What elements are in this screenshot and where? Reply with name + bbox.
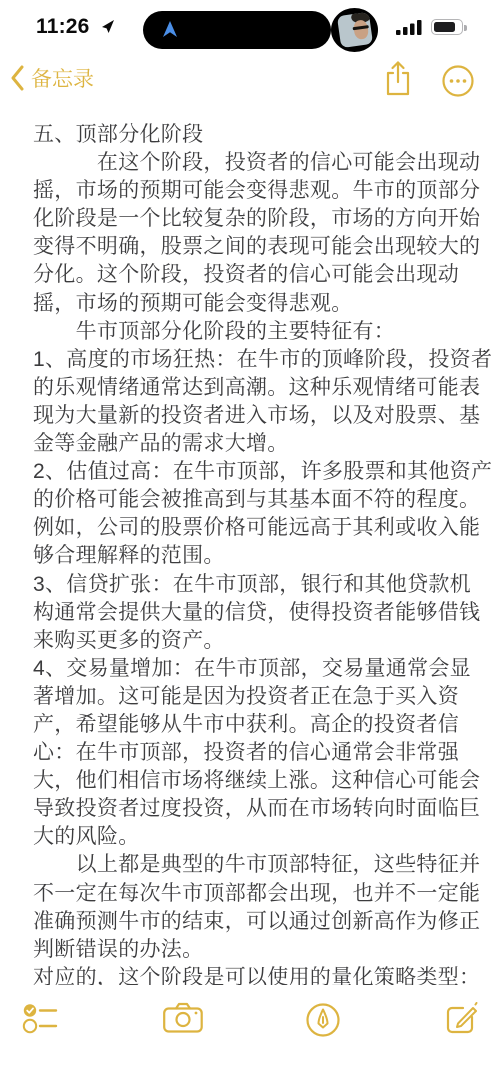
markup-pen-button[interactable] [305,1002,341,1038]
note-content-area[interactable]: 五、顶部分化阶段 在这个阶段，投资者的信心可能会出现动 摇，市场的预期可能会变得… [0,106,500,985]
chevron-left-icon [10,65,24,91]
back-button[interactable]: 备忘录 [10,63,94,93]
dynamic-island [143,11,331,49]
compose-button[interactable] [444,1002,478,1035]
back-button-label: 备忘录 [31,63,94,93]
nav-bar: 备忘录 [0,54,500,106]
checklist-button[interactable] [22,1002,60,1034]
notes-app-screen: 11:26 [0,0,500,1067]
share-button[interactable] [383,60,413,98]
status-bar: 11:26 [0,0,500,54]
avatar[interactable] [331,8,378,52]
more-button[interactable] [441,64,475,98]
bottom-toolbar [0,985,500,1067]
navigation-app-arrow-icon [160,20,180,40]
battery-icon [431,19,463,35]
cellular-signal-icon [396,20,425,35]
camera-button[interactable] [163,1002,203,1033]
note-text: 五、顶部分化阶段 在这个阶段，投资者的信心可能会出现动 摇，市场的预期可能会变得… [0,106,500,985]
status-time: 11:26 [36,15,90,39]
location-arrow-icon [100,19,116,35]
avatar-photo [337,12,373,48]
